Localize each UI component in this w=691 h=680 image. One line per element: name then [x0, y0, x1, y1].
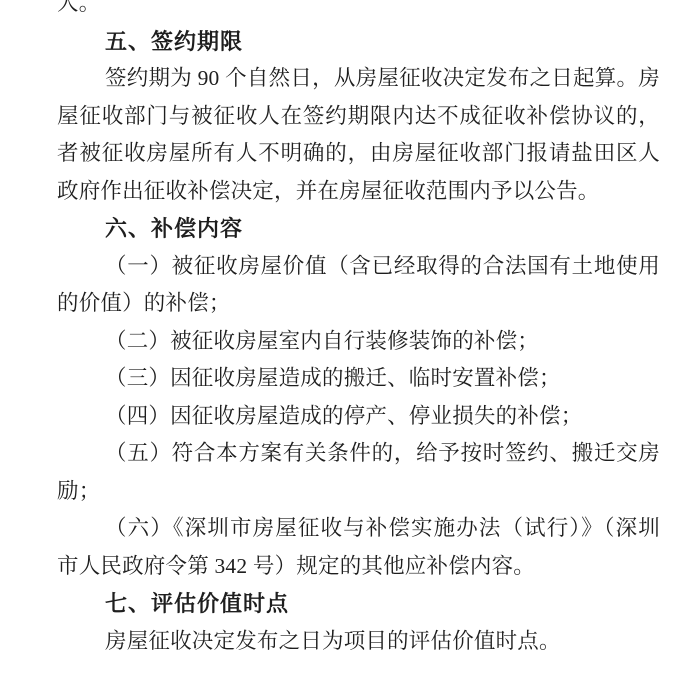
list-item-line: 市人民政府令第 342 号）规定的其他应补偿内容。 [57, 548, 660, 586]
document-page: 人。 五、签约期限 签约期为 90 个自然日，从房屋征收决定发布之日起算。房 屋… [0, 0, 691, 680]
list-item-line: （五）符合本方案有关条件的，给予按时签约、搬迁交房奖 [57, 435, 660, 473]
paragraph-line: 屋征收部门与被征收人在签约期限内达不成征收补偿协议的，或 [57, 98, 660, 136]
paragraph-line: 签约期为 90 个自然日，从房屋征收决定发布之日起算。房 [57, 60, 660, 98]
clipped-paragraph-end-line: 人。 [57, 0, 660, 23]
paragraph-line: 者被征收房屋所有人不明确的，由房屋征收部门报请盐田区人民 [57, 135, 660, 173]
paragraph-line: 政府作出征收补偿决定，并在房屋征收范围内予以公告。 [57, 173, 660, 211]
list-item-line: （一）被征收房屋价值（含已经取得的合法国有土地使用权 [57, 248, 660, 286]
document-text-block: 人。 五、签约期限 签约期为 90 个自然日，从房屋征收决定发布之日起算。房 屋… [57, 0, 660, 660]
list-item-line: 的价值）的补偿； [57, 285, 660, 323]
list-item-line: （三）因征收房屋造成的搬迁、临时安置补偿； [57, 360, 660, 398]
paragraph-line: 房屋征收决定发布之日为项目的评估价值时点。 [57, 623, 660, 661]
section-heading-valuation-date: 七、评估价值时点 [57, 585, 660, 623]
list-item-line: （二）被征收房屋室内自行装修装饰的补偿； [57, 323, 660, 361]
list-item-line: 励； [57, 473, 660, 511]
list-item-line: （四）因征收房屋造成的停产、停业损失的补偿； [57, 398, 660, 436]
section-heading-compensation-content: 六、补偿内容 [57, 210, 660, 248]
section-heading-signing-period: 五、签约期限 [57, 23, 660, 61]
list-item-line: （六）《深圳市房屋征收与补偿实施办法（试行）》（深圳 [57, 510, 660, 548]
